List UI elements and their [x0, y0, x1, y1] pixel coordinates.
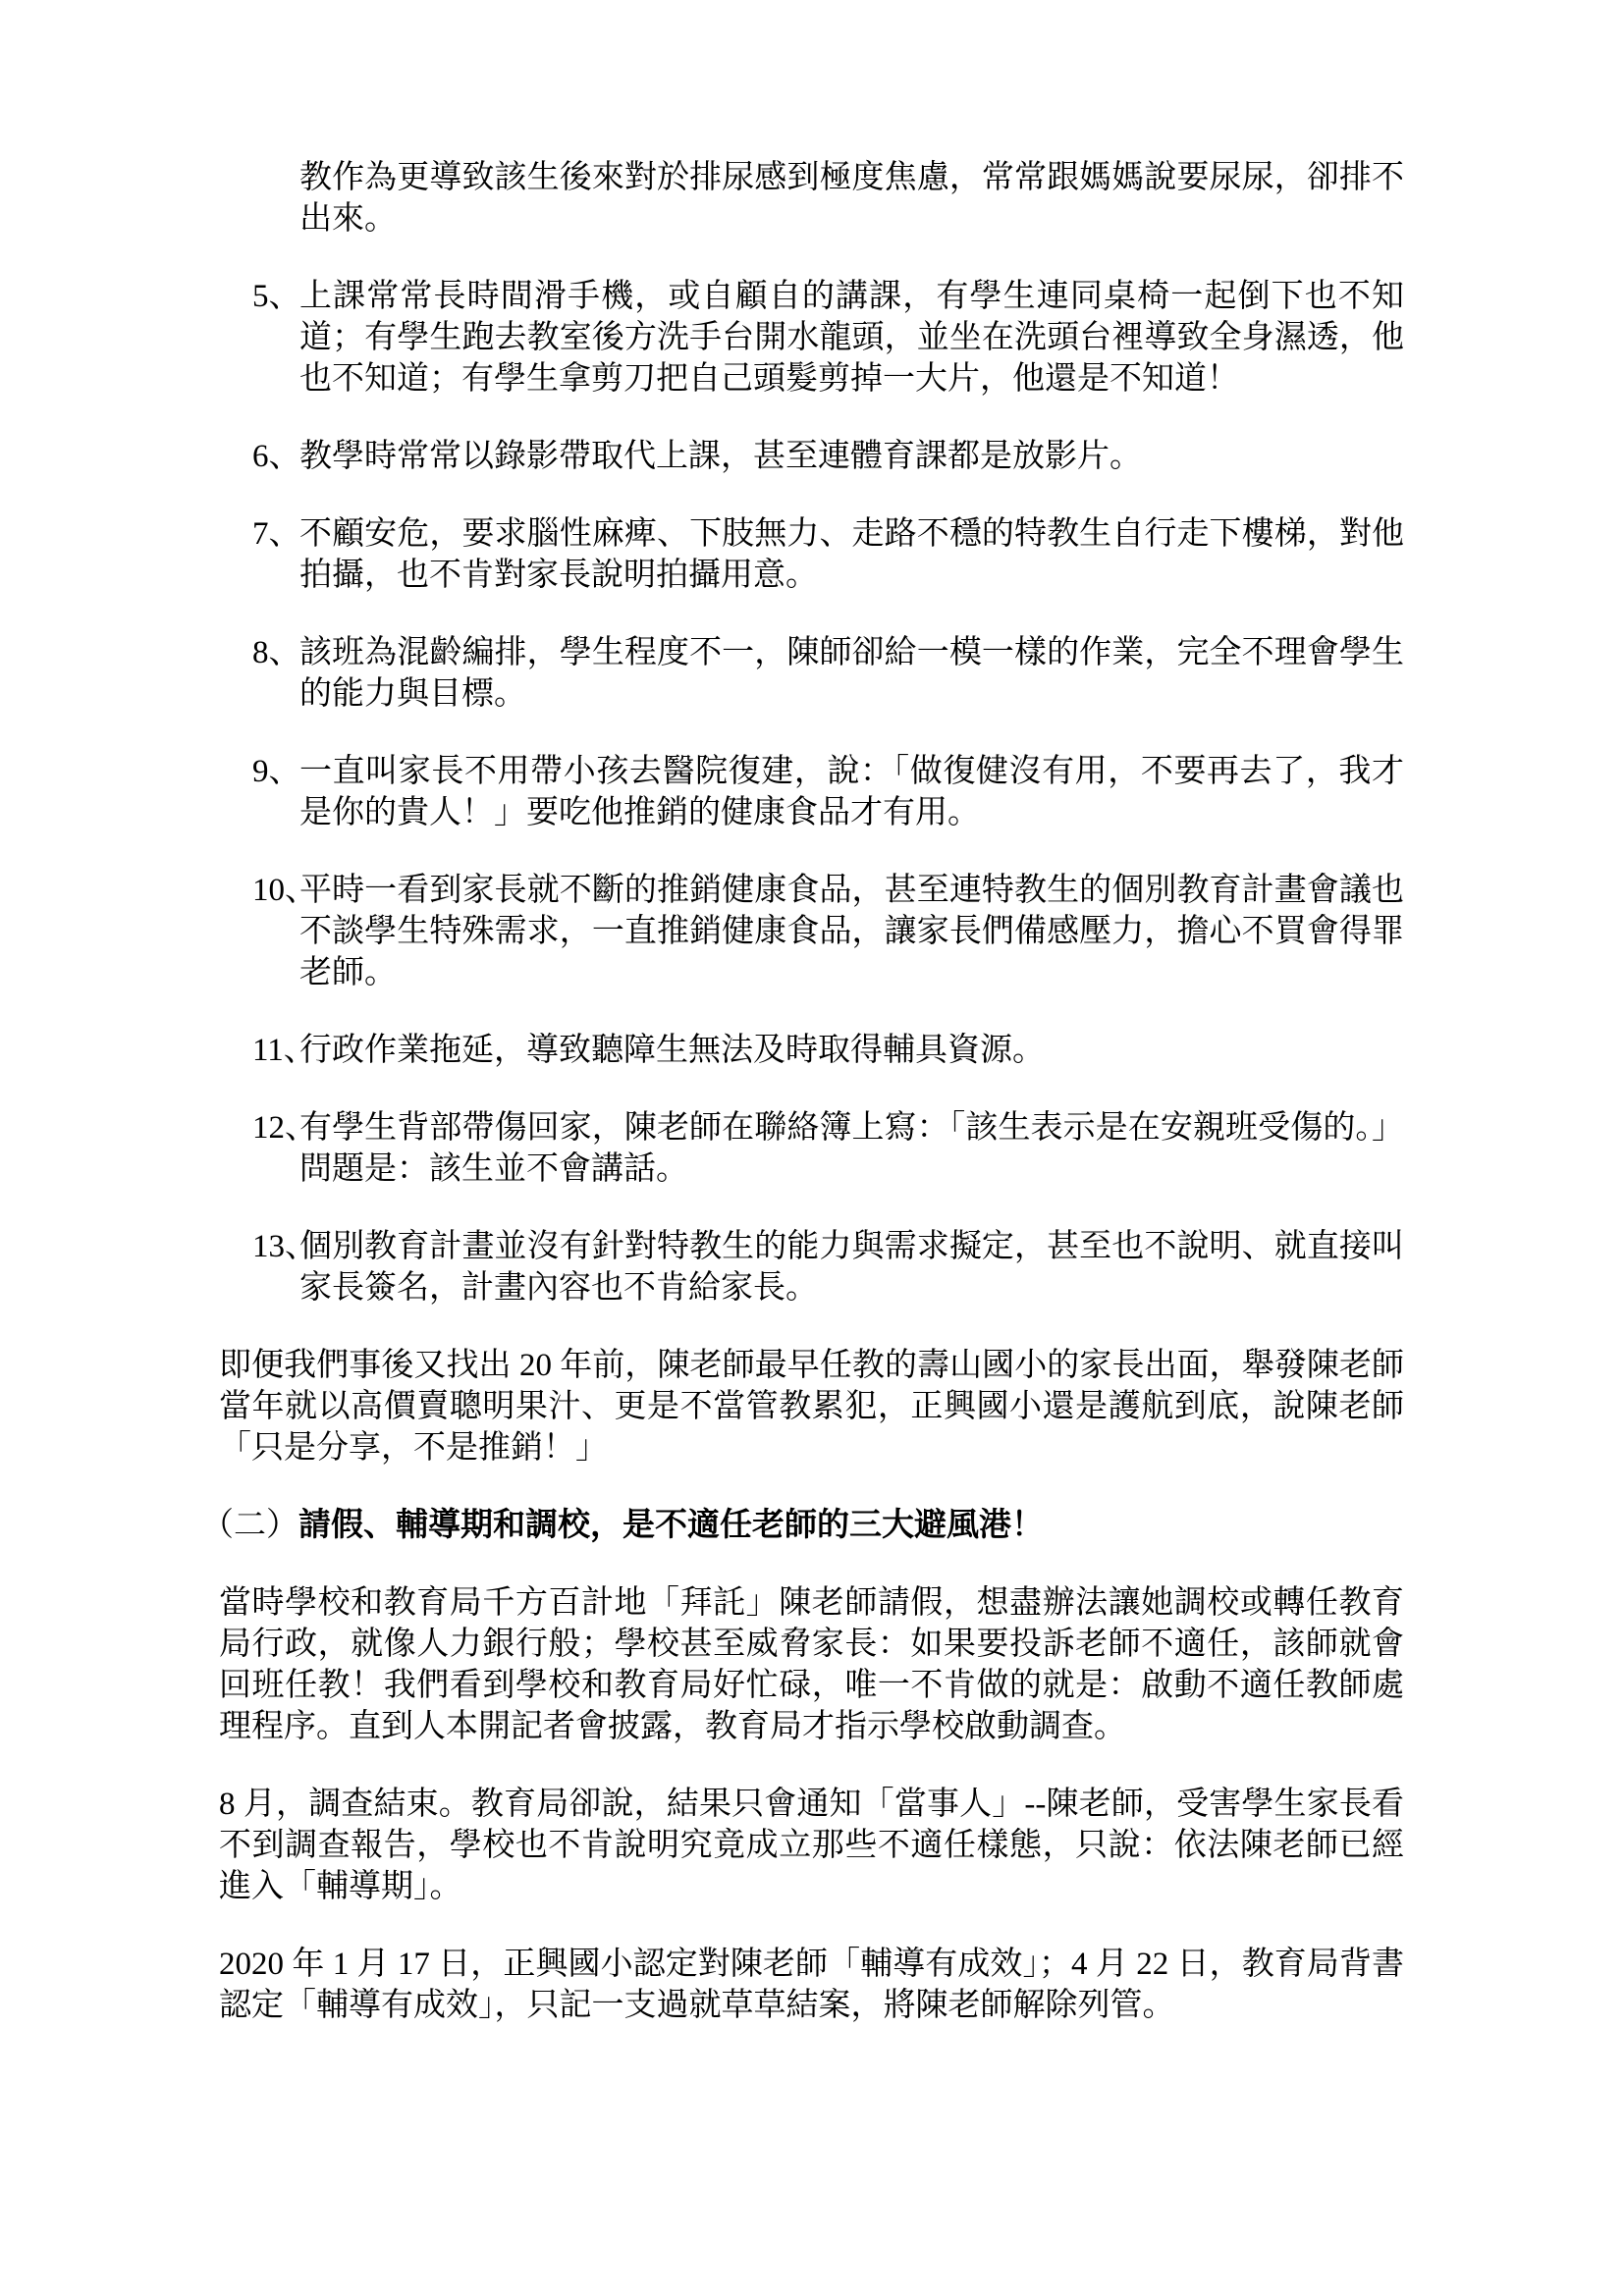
list-item-6: 6、 教學時常常以錄影帶取代上課，甚至連體育課都是放影片。: [219, 436, 1404, 477]
list-item-10: 10、 平時一看到家長就不斷的推銷健康食品，甚至連特教生的個別教育計畫會議也不談…: [219, 870, 1404, 993]
list-item-number: 13、: [252, 1226, 317, 1267]
list-item-number: 5、: [252, 276, 301, 317]
list-item-11: 11、 行政作業拖延，導致聽障生無法及時取得輔具資源。: [219, 1030, 1404, 1071]
list-item-text: 個別教育計畫並沒有針對特教生的能力與需求擬定，甚至也不說明、就直接叫家長簽名，計…: [299, 1229, 1404, 1306]
list-item-text: 有學生背部帶傷回家，陳老師在聯絡簿上寫：「該生表示是在安親班受傷的。」問題是：該…: [299, 1110, 1404, 1187]
section-heading-title: 請假、輔導期和調校，是不適任老師的三大避風港！: [298, 1508, 1044, 1543]
section-heading: （二）請假、輔導期和調校，是不適任老師的三大避風港！: [201, 1505, 1404, 1546]
list-item-9: 9、 一直叫家長不用帶小孩去醫院復建，說：「做復健沒有用，不要再去了，我才是你的…: [219, 751, 1404, 833]
paragraph-2020-closure: 2020 年 1 月 17 日，正興國小認定對陳老師「輔導有成效」；4 月 22…: [219, 1944, 1404, 2026]
list-item-text: 該班為混齡編排，學生程度不一，陳師卻給一模一樣的作業，完全不理會學生的能力與目標…: [299, 635, 1404, 712]
list-item-12: 12、 有學生背部帶傷回家，陳老師在聯絡簿上寫：「該生表示是在安親班受傷的。」問…: [219, 1107, 1404, 1190]
list-item-text: 上課常常長時間滑手機，或自顧自的講課，有學生連同桌椅一起倒下也不知道；有學生跑去…: [299, 279, 1404, 397]
paragraph-august-investigation: 8 月，調查結束。教育局卻說，結果只會通知「當事人」--陳老師，受害學生家長看不…: [219, 1784, 1404, 1907]
list-item-number: 10、: [252, 870, 317, 911]
list-item-text: 平時一看到家長就不斷的推銷健康食品，甚至連特教生的個別教育計畫會議也不談學生特殊…: [299, 873, 1404, 990]
list-item-text: 一直叫家長不用帶小孩去醫院復建，說：「做復健沒有用，不要再去了，我才是你的貴人！…: [299, 754, 1404, 830]
paragraph-leave-transfer: 當時學校和教育局千方百計地「拜託」陳老師請假，想盡辦法讓她調校或轉任教育局行政，…: [219, 1582, 1404, 1747]
list-item-text: 行政作業拖延，導致聽障生無法及時取得輔具資源。: [299, 1033, 1045, 1068]
list-item-text: 不顧安危，要求腦性麻痺、下肢無力、走路不穩的特教生自行走下樓梯，對他拍攝，也不肯…: [299, 516, 1404, 593]
list-item-number: 11、: [252, 1030, 316, 1071]
list-item-7: 7、 不顧安危，要求腦性麻痺、下肢無力、走路不穩的特教生自行走下樓梯，對他拍攝，…: [219, 513, 1404, 596]
document-page: 教作為更導致該生後來對於排尿感到極度焦慮，常常跟媽媽說要尿尿，卻排不出來。 5、…: [0, 0, 1624, 2296]
list-item-number: 9、: [252, 751, 301, 792]
list-item-5: 5、 上課常常長時間滑手機，或自顧自的講課，有學生連同桌椅一起倒下也不知道；有學…: [219, 276, 1404, 400]
list-item-number: 8、: [252, 632, 301, 673]
list-item-8: 8、 該班為混齡編排，學生程度不一，陳師卻給一模一樣的作業，完全不理會學生的能力…: [219, 632, 1404, 715]
list-item-number: 7、: [252, 513, 301, 555]
list-item-number: 6、: [252, 436, 301, 477]
list-item-text: 教學時常常以錄影帶取代上課，甚至連體育課都是放影片。: [299, 439, 1142, 474]
section-heading-number: （二）: [201, 1508, 298, 1543]
list-item-13: 13、 個別教育計畫並沒有針對特教生的能力與需求擬定，甚至也不說明、就直接叫家長…: [219, 1226, 1404, 1308]
list-item-number: 12、: [252, 1107, 317, 1148]
paragraph-after-list: 即便我們事後又找出 20 年前，陳老師最早任教的壽山國小的家長出面，舉發陳老師當…: [219, 1345, 1404, 1468]
carryover-paragraph: 教作為更導致該生後來對於排尿感到極度焦慮，常常跟媽媽說要尿尿，卻排不出來。: [299, 157, 1404, 240]
